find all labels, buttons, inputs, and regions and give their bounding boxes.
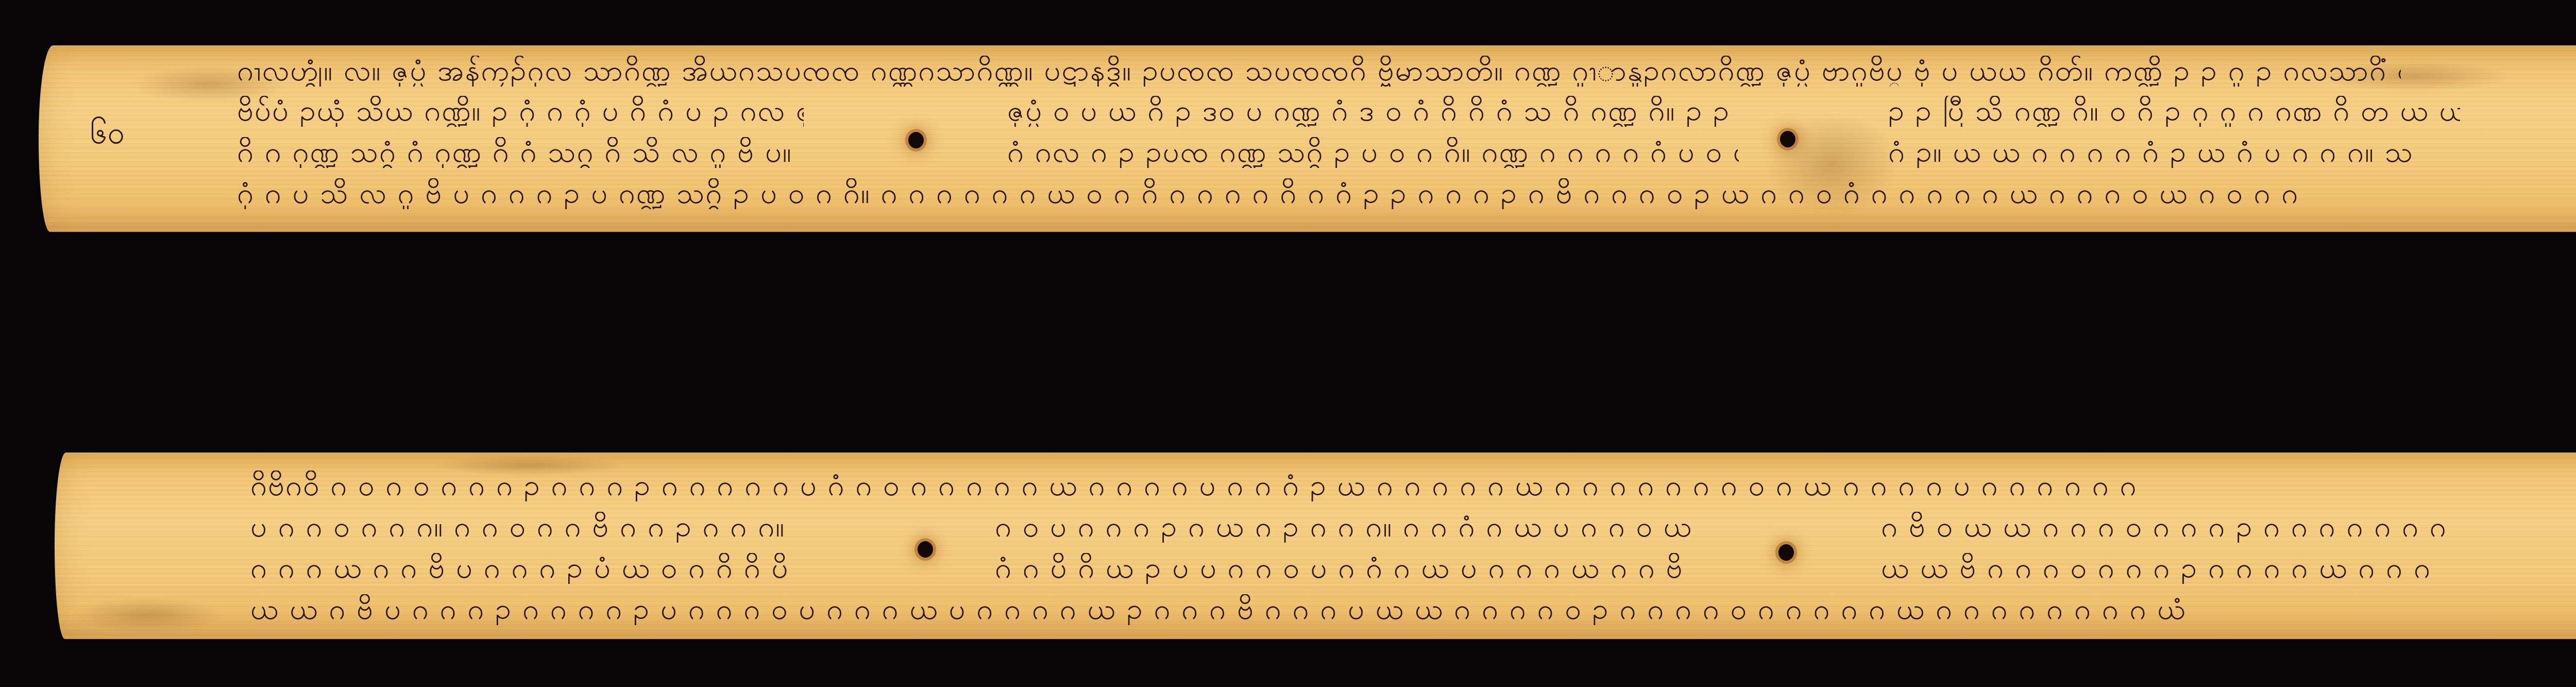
text-line-3-middle: ဂံ ဂ ပိ ဂိ ယ ဥ ပ ပ ဂ ဂ ဝ ပ ဂ ဂံ ဂ ယ ပ ဂ … xyxy=(995,553,1690,584)
binding-hole-right xyxy=(1780,131,1795,147)
text-line-1: ဂိဗိဂဝိ ဂ ဝ ဂ ဝ ဂ ဂ ဂ ဥ ဂ ဂ ဂ ဥ ဂ ဂ ဂ ဂ … xyxy=(250,471,2481,501)
text-line-3-right: ဂံ ဥ။ ယ ယ ဂ ဂ ဂ ဂ ဂံ ဥ ယ ဂံ ပ ဂ ဂ ဂ။ သ xyxy=(1888,137,2450,168)
text-line-1: ဂၢလဟ္ဂုံ။ လ။ ဇုပ္ပံ အနၲကၠဥ်ဂုလ သာဂိဏ္ဍ အ… xyxy=(237,56,2401,87)
palm-leaf-top: ၆ဝ ဂၢလဟ္ဂုံ။ လ။ ဇုပ္ပံ အနၲကၠဥ်ဂုလ သာဂိဏ္… xyxy=(39,45,2576,232)
palm-leaf-bottom: ဂိဗိဂဝိ ဂ ဝ ဂ ဝ ဂ ဂ ဂ ဥ ဂ ဂ ဂ ဥ ဂ ဂ ဂ ဂ … xyxy=(55,453,2576,639)
text-line-4: ဂုံ ဂ ပ သိ လ ဂူ ဗိ ပ ဂ ဂ ဂ ဥ ပ ဂဏ္ဍ သဂ္ဂ… xyxy=(237,178,2468,209)
text-line-2-middle: ဇုပ္ပံ ဝ ပ ယ ဂိ ဥ ဒဝ ပ ဂဏ္ဍ ဂံ ဒ ဝ ဂံ ဂိ… xyxy=(1007,96,1739,127)
text-line-2-left: ပ ဂ ဂ ဝ ဂ ဂ ဂ။ ဂ ဂ ဝ ဂ ဂ ဗိ ဂ ဂ ဥ ဂ ဂ ဂ။ xyxy=(250,512,848,543)
text-line-3-middle: ဂံ ဂလ ဂ ဥ ဥပၸ ဂဏ္ဍ သဂ္ဂိ ဥ ပ ဝ ဂ ဂိ။ ဂဏ္… xyxy=(1007,137,1739,168)
stain xyxy=(70,597,225,633)
text-line-3-left: ဂ ဂ ဂ ယ ဂ ဂ ဗိ ပ ဂ ဂ ဂ ဥ ပံ ယ ဝ ဂ ဂိ ဂိ … xyxy=(250,553,848,584)
text-line-3-right: ယ ယ ဗိ ဂ ဂ ဂ ဝ ဂ ဂ ဂ ဥ ဂ ဂ ဂ ဂ ယ ဂ ဂ ဂ xyxy=(1881,553,2468,584)
text-line-2-right: ဥ ဥ ပြီ သိ ဂဏ္ဍ ဂိ။ ဝ ဂိ ဥ ဂု ဂူ ဂ ဂဏ ဂိ… xyxy=(1888,96,2460,127)
text-line-2-left: ဗိပ်ပံ ဥယုံ သိယ ဂဏ္ဍိ။ ဥ ဂုံ ဂ ဂုံ ပ ဂိ … xyxy=(237,96,804,127)
leaf-number: ၆ဝ xyxy=(90,118,125,148)
binding-hole-left xyxy=(908,132,924,148)
binding-hole-left xyxy=(918,541,933,558)
text-line-2-middle: ဂ ဝ ပ ဂ ဂ ဂ ဥ ဂ ယ ဂ ဥ ဂ ဂ ဂ။ ဂ ဂ ဂံ ဂ ယ … xyxy=(995,512,1690,543)
binding-hole-right xyxy=(1778,544,1794,561)
text-line-2-right: ဂ ဗိ ဝ ယ ယ ဂ ဂ ဂ ဝ ဂ ဂ ဂ ဥ ဂ ဂ ဂ ဂ ဂ ဂ ဂ xyxy=(1881,512,2473,543)
text-line-3-left: ဂိ ဂ ဂုဏ္ဍ သဂ္ဂံ ဂံ ဂုဏ္ဍ ဂိ ဂံ သဂ္ဂ ဂိ … xyxy=(237,137,804,168)
text-line-4: ယ ယ ဂ ဗိ ပ ဂ ဂ ဂ ဥ ဂ ဂ ဂ ဂ ဥ ပ ဂ ဂ ဂ ဝ ပ… xyxy=(250,594,2497,625)
